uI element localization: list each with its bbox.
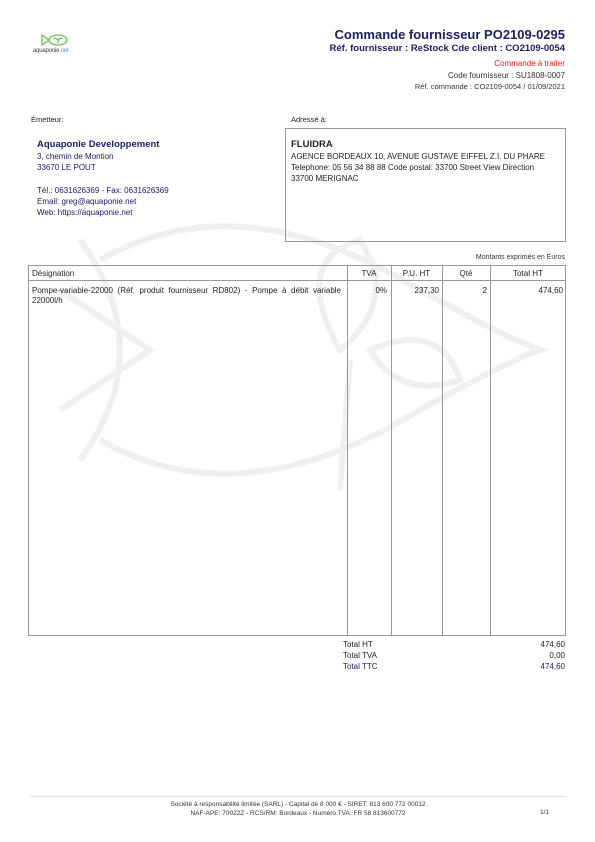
header-pu-ht: P.U. HT bbox=[391, 269, 442, 278]
supplier-reference: Réf. fournisseur : ReStock Cde client : … bbox=[330, 43, 565, 54]
footer-divider bbox=[30, 796, 566, 797]
fish-logo-icon bbox=[40, 33, 70, 47]
recipient-name: FLUIDRA bbox=[291, 139, 563, 151]
page-number: 1/1 bbox=[540, 809, 549, 816]
totals-block: Total HT474,60 Total TVA0,00 Total TTC47… bbox=[343, 639, 565, 672]
row-designation: Pompe-variable-22000 (Réf. produit fourn… bbox=[32, 286, 341, 306]
sender-name: Aquaponie Developpement bbox=[37, 139, 169, 151]
order-reference: Réf. commande : CO2109-0054 / 01/09/2021 bbox=[415, 82, 565, 91]
order-status: Commande à traiter bbox=[494, 59, 565, 68]
header-qty: Qté bbox=[442, 269, 490, 278]
sender-email: Email: greg@aquaponie.net bbox=[37, 196, 169, 207]
sender-web: Web: https://aquaponie.net bbox=[37, 207, 169, 218]
sender-block: Aquaponie Developpement 3, chemin de Mon… bbox=[37, 139, 169, 218]
sender-address-line2: 33670 LE POUT bbox=[37, 162, 169, 173]
total-ht-row: Total HT474,60 bbox=[343, 639, 565, 650]
sender-address-line1: 3, chemin de Montion bbox=[37, 151, 169, 162]
document-title: Commande fournisseur PO2109-0295 bbox=[335, 27, 565, 42]
header-designation: Désignation bbox=[32, 269, 74, 278]
row-qty: 2 bbox=[442, 286, 487, 295]
row-pu-ht: 237,30 bbox=[391, 286, 439, 295]
company-logo: aquaponie.net bbox=[30, 33, 80, 57]
recipient-label: Adressé à: bbox=[291, 115, 327, 124]
order-lines-table: Désignation TVA P.U. HT Qté Total HT Pom… bbox=[28, 265, 566, 636]
supplier-code: Code fournisseur : SU1808-0007 bbox=[448, 71, 565, 80]
recipient-block: FLUIDRA AGENCE BORDEAUX 10, AVENUE GUSTA… bbox=[291, 139, 563, 184]
footer-line2: NAF-APE: 70022Z - RCS/RM: Bordeaux - Num… bbox=[30, 809, 566, 818]
recipient-address: AGENCE BORDEAUX 10, AVENUE GUSTAVE EIFFE… bbox=[291, 151, 563, 173]
header-total-ht: Total HT bbox=[490, 269, 566, 278]
total-tva-row: Total TVA0,00 bbox=[343, 650, 565, 661]
sender-phone: Tél.: 0631626369 - Fax: 0631626369 bbox=[37, 185, 169, 196]
footer-legal: Société à responsabilité limitée (SARL) … bbox=[30, 800, 566, 818]
header-tva: TVA bbox=[347, 269, 391, 278]
sender-label: Émetteur: bbox=[31, 115, 64, 124]
recipient-city: 33700 MERIGNAC bbox=[291, 173, 563, 184]
logo-text: aquaponie.net bbox=[33, 48, 68, 54]
footer-line1: Société à responsabilité limitée (SARL) … bbox=[30, 800, 566, 809]
row-tva: 0% bbox=[347, 286, 387, 295]
total-ttc-row: Total TTC474,60 bbox=[343, 661, 565, 672]
currency-note: Montants exprimés en Euros bbox=[476, 254, 565, 261]
row-total-ht: 474,60 bbox=[490, 286, 563, 295]
